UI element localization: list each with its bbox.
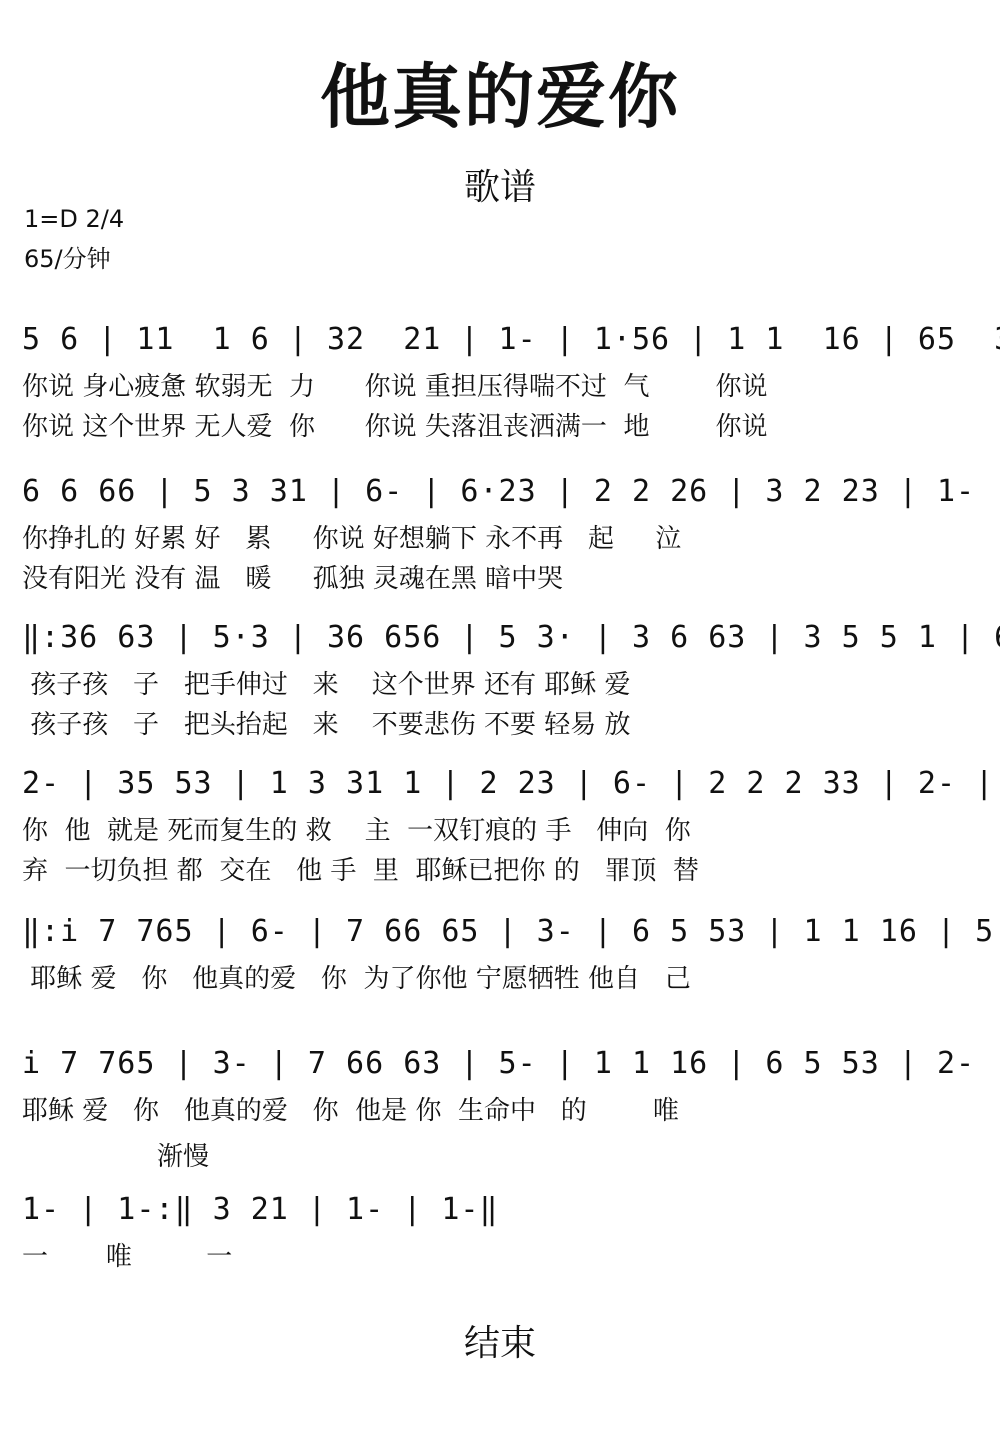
song-subtitle: 歌谱 [0,166,1000,210]
lyrics-verse-1: 你 他 就是 死而复生的 救 主 一双钉痕的 手 伸向 你 [22,814,691,848]
ending-label: 结束 [0,1322,1000,1366]
lyrics-verse-2: 你说 这个世界 无人爱 你 你说 失落沮丧洒满一 地 你说 [22,410,768,444]
notation: 6 6 66 | 5 3 31 | 6- | 6·23 | 2 2 26 | 3… [22,472,1000,512]
ritardando-marking: 渐慢 [157,1140,209,1174]
notation: 2- | 35 53 | 1 3 31 1 | 2 23 | 6- | 2 2 … [22,764,1000,804]
lyrics-verse-2: 弃 一切负担 都 交在 他 手 里 耶稣已把你 的 罪顶 替 [22,854,699,888]
lyrics-verse-2: 孩子孩 子 把头抬起 来 不要悲伤 不要 轻易 放 [22,708,631,742]
notation: ‖:36 63 | 5·3 | 36 656 | 5 3· | 3 6 63 |… [22,618,1000,658]
lyrics-verse-1: 孩子孩 子 把手伸过 来 这个世界 还有 耶稣 爱 [22,668,631,702]
tempo-marking: 65/分钟 [24,244,111,274]
lyrics-verse-2: 没有阳光 没有 温 暖 孤独 灵魂在黑 暗中哭 [22,562,563,596]
lyrics-verse-1: 耶稣 爱 你 他真的爱 你 为了你他 宁愿牺牲 他自 己 [22,962,691,996]
key-signature: 1=D 2/4 [24,204,124,234]
notation: 1- | 1-:‖ 3 21 | 1- | 1-‖ [22,1190,499,1230]
lyrics-verse-1: 一 唯 一 [22,1240,232,1274]
notation: ‖:i 7 765 | 6- | 7 66 65 | 3- | 6 5 53 |… [22,912,1000,952]
lyrics-verse-1: 你挣扎的 好累 好 累 你说 好想躺下 永不再 起 泣 [22,522,681,556]
song-title: 他真的爱你 [0,52,1000,142]
lyrics-verse-1: 你说 身心疲惫 软弱无 力 你说 重担压得喘不过 气 你说 [22,370,768,404]
lyrics-verse-1: 耶稣 爱 你 他真的爱 你 他是 你 生命中 的 唯 [22,1094,679,1128]
notation: 5 6 | 11 1 6 | 32 21 | 1- | 1·56 | 1 1 1… [22,320,1000,360]
notation: i 7 765 | 3- | 7 66 63 | 5- | 1 1 16 | 6… [22,1044,1000,1084]
